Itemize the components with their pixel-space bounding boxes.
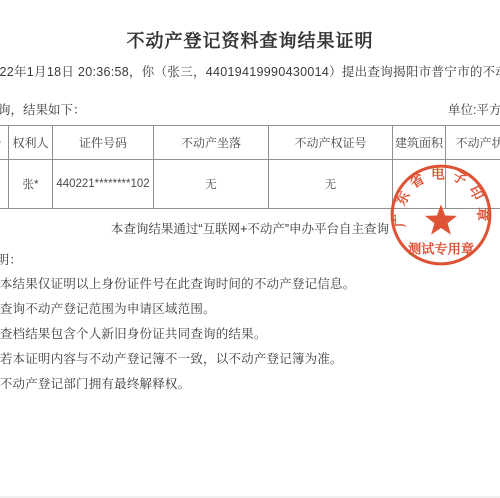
- header-serial: 序号: [0, 126, 9, 160]
- cell-id-number: 440221********102: [53, 160, 154, 209]
- table-header-row: 序号 权利人 证件号码 不动产坐落 不动产权证号 建筑面积 不动产状态: [0, 126, 500, 160]
- notes-heading: 说明：: [0, 250, 22, 268]
- unit-label: 单位:平方米: [448, 100, 500, 118]
- cell-serial: [0, 160, 9, 209]
- page-title: 不动产登记资料查询结果证明: [0, 27, 500, 53]
- note-item: 2.查询不动产登记范围为申请区域范围。: [0, 299, 216, 317]
- header-id-number: 证件号码: [53, 126, 154, 160]
- seal-star-icon: [425, 204, 457, 234]
- seal-bottom-text: 测试专用章: [408, 241, 474, 257]
- cell-certificate-number: 无: [269, 160, 393, 209]
- note-item: 5.不动产登记部门拥有最终解释权。: [0, 374, 190, 392]
- header-property-status: 不动产状态: [446, 126, 500, 160]
- result-line: 询，结果如下：: [0, 100, 86, 118]
- electronic-seal: 广东省电子印章 测试专用章: [385, 158, 497, 270]
- note-item: 4.若本证明内容与不动产登记簿不一致，以不动产登记簿为准。: [0, 349, 343, 367]
- header-building-area: 建筑面积: [393, 126, 446, 160]
- cell-right-holder: 张*: [9, 160, 53, 209]
- cell-property-location: 无: [154, 160, 269, 209]
- note-item: 3.查档结果包含个人新旧身份证共同查询的结果。: [0, 324, 267, 342]
- header-certificate-number: 不动产权证号: [269, 126, 393, 160]
- header-property-location: 不动产坐落: [154, 126, 269, 160]
- note-item: 1.本结果仅证明以上身份证件号在此查询时间的不动产登记信息。: [0, 274, 355, 292]
- query-intro-line: 2022年1月18日 20:36:58，你（张三，440194199904300…: [0, 62, 500, 80]
- certificate-document: { "document": { "title": "不动产登记资料查询结果证明"…: [0, 0, 500, 498]
- header-right-holder: 权利人: [9, 126, 53, 160]
